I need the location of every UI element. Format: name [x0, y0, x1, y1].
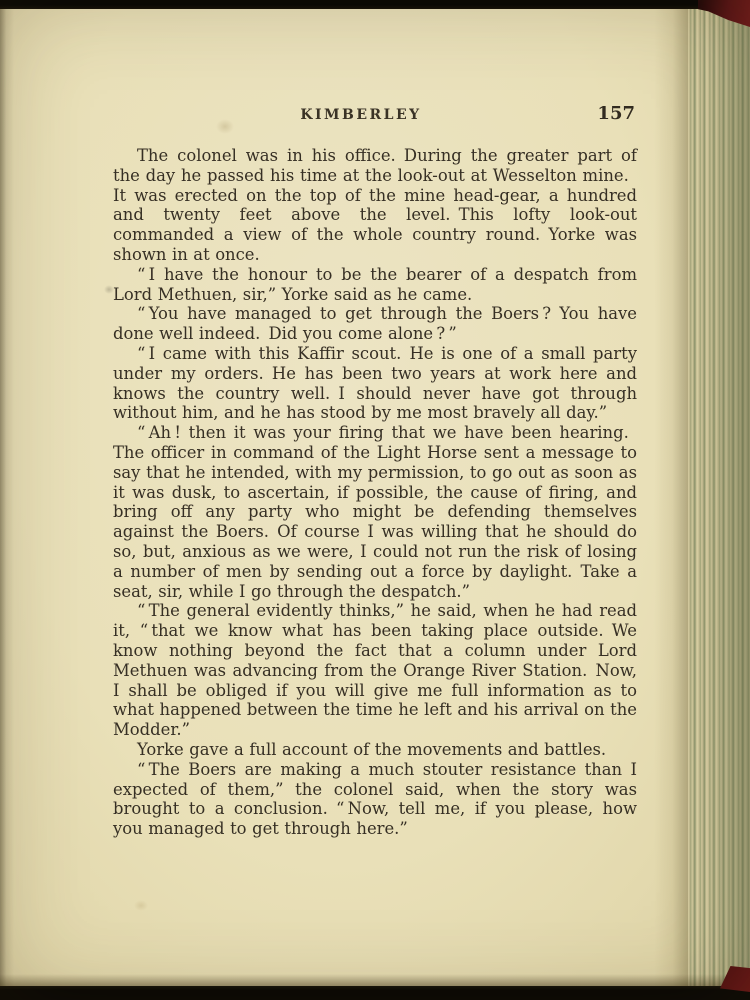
page-bottom-shadow — [0, 974, 750, 986]
paragraph: “ Ah ! then it was your firing that we h… — [113, 423, 637, 601]
scan-edge-bottom — [0, 986, 750, 1000]
text-block: KIMBERLEY 157 The colonel was in his off… — [113, 106, 637, 839]
paper-stain — [134, 900, 148, 911]
paragraph: Yorke gave a full account of the movemen… — [113, 740, 637, 760]
body-text: The colonel was in his office. During th… — [113, 146, 637, 839]
book-page-scan: KIMBERLEY 157 The colonel was in his off… — [0, 0, 750, 1000]
paragraph: “ I have the honour to be the bearer of … — [113, 265, 637, 305]
page-curve-shading — [654, 9, 688, 986]
page-number: 157 — [597, 103, 635, 124]
page-gutter-shadow — [0, 0, 14, 1000]
paragraph: “ You have managed to get through the Bo… — [113, 304, 637, 344]
running-header: KIMBERLEY 157 — [113, 106, 637, 128]
paragraph: “ The general evidently thinks,” he said… — [113, 601, 637, 740]
paragraph: “ The Boers are making a much stouter re… — [113, 760, 637, 839]
running-title: KIMBERLEY — [300, 107, 421, 123]
paragraph: “ I came with this Kaffir scout. He is o… — [113, 344, 637, 423]
paragraph: The colonel was in his office. During th… — [113, 146, 637, 265]
book-fore-edge-pages — [688, 7, 750, 988]
scan-edge-top — [0, 0, 750, 9]
